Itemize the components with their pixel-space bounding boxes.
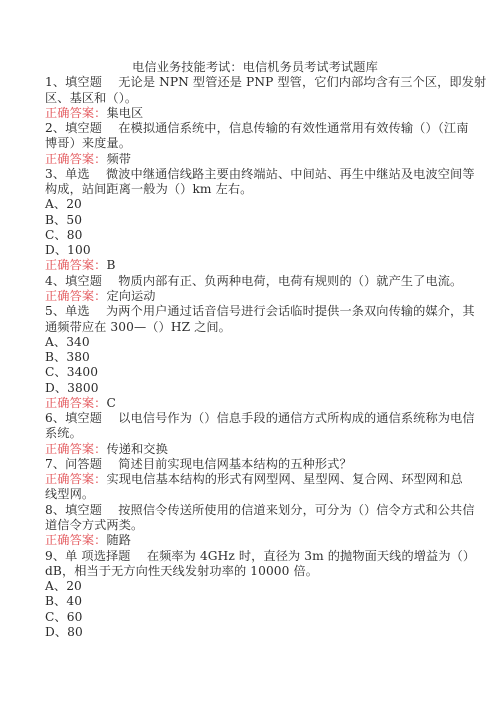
question-3: 3、单选 微波中继通信线路主要由终端站、中间站、再生中继站及电波空间等 构成，站… [45, 167, 465, 274]
answer-label: 正确答案： [45, 472, 106, 486]
question-text: 系统。 [45, 426, 465, 441]
question-text: 7、问答题 简述目前实现电信网基本结构的五种形式？ [45, 457, 465, 472]
option-a: A、20 [45, 579, 465, 594]
answer-value: B [106, 258, 115, 272]
answer-line: 正确答案：频带 [45, 152, 465, 167]
option-a: A、20 [45, 197, 465, 212]
answer-value: 集电区 [106, 106, 143, 120]
question-9: 9、单 项选择题 在频率为 4GHz 时，直径为 3m 的抛物面天线的增益为（）… [45, 549, 465, 641]
answer-label: 正确答案： [45, 396, 106, 410]
question-8: 8、填空题 按照信令传送所使用的信道来划分，可分为（）信令方式和公共信 道信令方… [45, 503, 465, 549]
question-text: 2、填空题 在模拟通信系统中，信息传输的有效性通常用有效传输（）（江南 [45, 121, 465, 136]
answer-value: 定向运动 [106, 289, 155, 303]
answer-value: 随路 [106, 533, 131, 547]
question-text: 区、基区和（）。 [45, 91, 465, 106]
question-text: 9、单 项选择题 在频率为 4GHz 时，直径为 3m 的抛物面天线的增益为（） [45, 549, 465, 564]
question-5: 5、单选 为两个用户通过话音信号进行会话临时提供一条双向传输的媒介，其 通频带应… [45, 304, 465, 411]
question-text: 道信令方式两类。 [45, 518, 465, 533]
question-1: 1、填空题 无论是 NPN 型管还是 PNP 型管，它们内部均含有三个区，即发射… [45, 75, 465, 121]
question-text: 3、单选 微波中继通信线路主要由终端站、中间站、再生中继站及电波空间等 [45, 167, 465, 182]
question-text: dB，相当于无方向性天线发射功率的 10000 倍。 [45, 564, 465, 579]
answer-line: 正确答案：集电区 [45, 106, 465, 121]
document-title: 电信业务技能考试：电信机务员考试考试题库 [45, 60, 465, 75]
option-d: D、80 [45, 625, 465, 640]
option-b: B、50 [45, 213, 465, 228]
answer-value: 频带 [106, 152, 131, 166]
question-text: 构成，站间距离一般为（）km 左右。 [45, 182, 465, 197]
question-text: 8、填空题 按照信令传送所使用的信道来划分，可分为（）信令方式和公共信 [45, 503, 465, 518]
question-text: 5、单选 为两个用户通过话音信号进行会话临时提供一条双向传输的媒介，其 [45, 304, 465, 319]
question-2: 2、填空题 在模拟通信系统中，信息传输的有效性通常用有效传输（）（江南 博哥）来… [45, 121, 465, 167]
option-c: C、60 [45, 610, 465, 625]
answer-line: 正确答案：B [45, 258, 465, 273]
answer-label: 正确答案： [45, 258, 106, 272]
option-d: D、100 [45, 243, 465, 258]
answer-line: 正确答案：随路 [45, 533, 465, 548]
answer-label: 正确答案： [45, 152, 106, 166]
question-6: 6、填空题 以电信号作为（）信息手段的通信方式所构成的通信系统称为电信 系统。 … [45, 411, 465, 457]
question-text: 博哥）来度量。 [45, 136, 465, 151]
option-c: C、80 [45, 228, 465, 243]
answer-label: 正确答案： [45, 533, 106, 547]
option-b: B、380 [45, 350, 465, 365]
answer-value: 传递和交换 [106, 442, 167, 456]
question-7: 7、问答题 简述目前实现电信网基本结构的五种形式？ 正确答案：实现电信基本结构的… [45, 457, 465, 503]
question-text: 通频带应在 300—（）HZ 之间。 [45, 320, 465, 335]
answer-line: 正确答案：C [45, 396, 465, 411]
question-text: 4、填空题 物质内部有正、负两种电荷，电荷有规则的（）就产生了电流。 [45, 274, 465, 289]
answer-continuation: 线型网。 [45, 487, 465, 502]
question-text: 6、填空题 以电信号作为（）信息手段的通信方式所构成的通信系统称为电信 [45, 411, 465, 426]
option-a: A、340 [45, 335, 465, 350]
answer-label: 正确答案： [45, 106, 106, 120]
answer-label: 正确答案： [45, 289, 106, 303]
option-c: C、3400 [45, 365, 465, 380]
question-text: 1、填空题 无论是 NPN 型管还是 PNP 型管，它们内部均含有三个区，即发射 [45, 75, 465, 90]
answer-line: 正确答案：实现电信基本结构的形式有网型网、星型网、复合网、环型网和总 [45, 472, 465, 487]
option-b: B、40 [45, 594, 465, 609]
answer-line: 正确答案：传递和交换 [45, 442, 465, 457]
answer-label: 正确答案： [45, 442, 106, 456]
document-page: 电信业务技能考试：电信机务员考试考试题库 1、填空题 无论是 NPN 型管还是 … [45, 60, 465, 640]
question-4: 4、填空题 物质内部有正、负两种电荷，电荷有规则的（）就产生了电流。 正确答案：… [45, 274, 465, 305]
answer-value: 实现电信基本结构的形式有网型网、星型网、复合网、环型网和总 [106, 472, 462, 486]
answer-line: 正确答案：定向运动 [45, 289, 465, 304]
answer-value: C [106, 396, 115, 410]
option-d: D、3800 [45, 381, 465, 396]
